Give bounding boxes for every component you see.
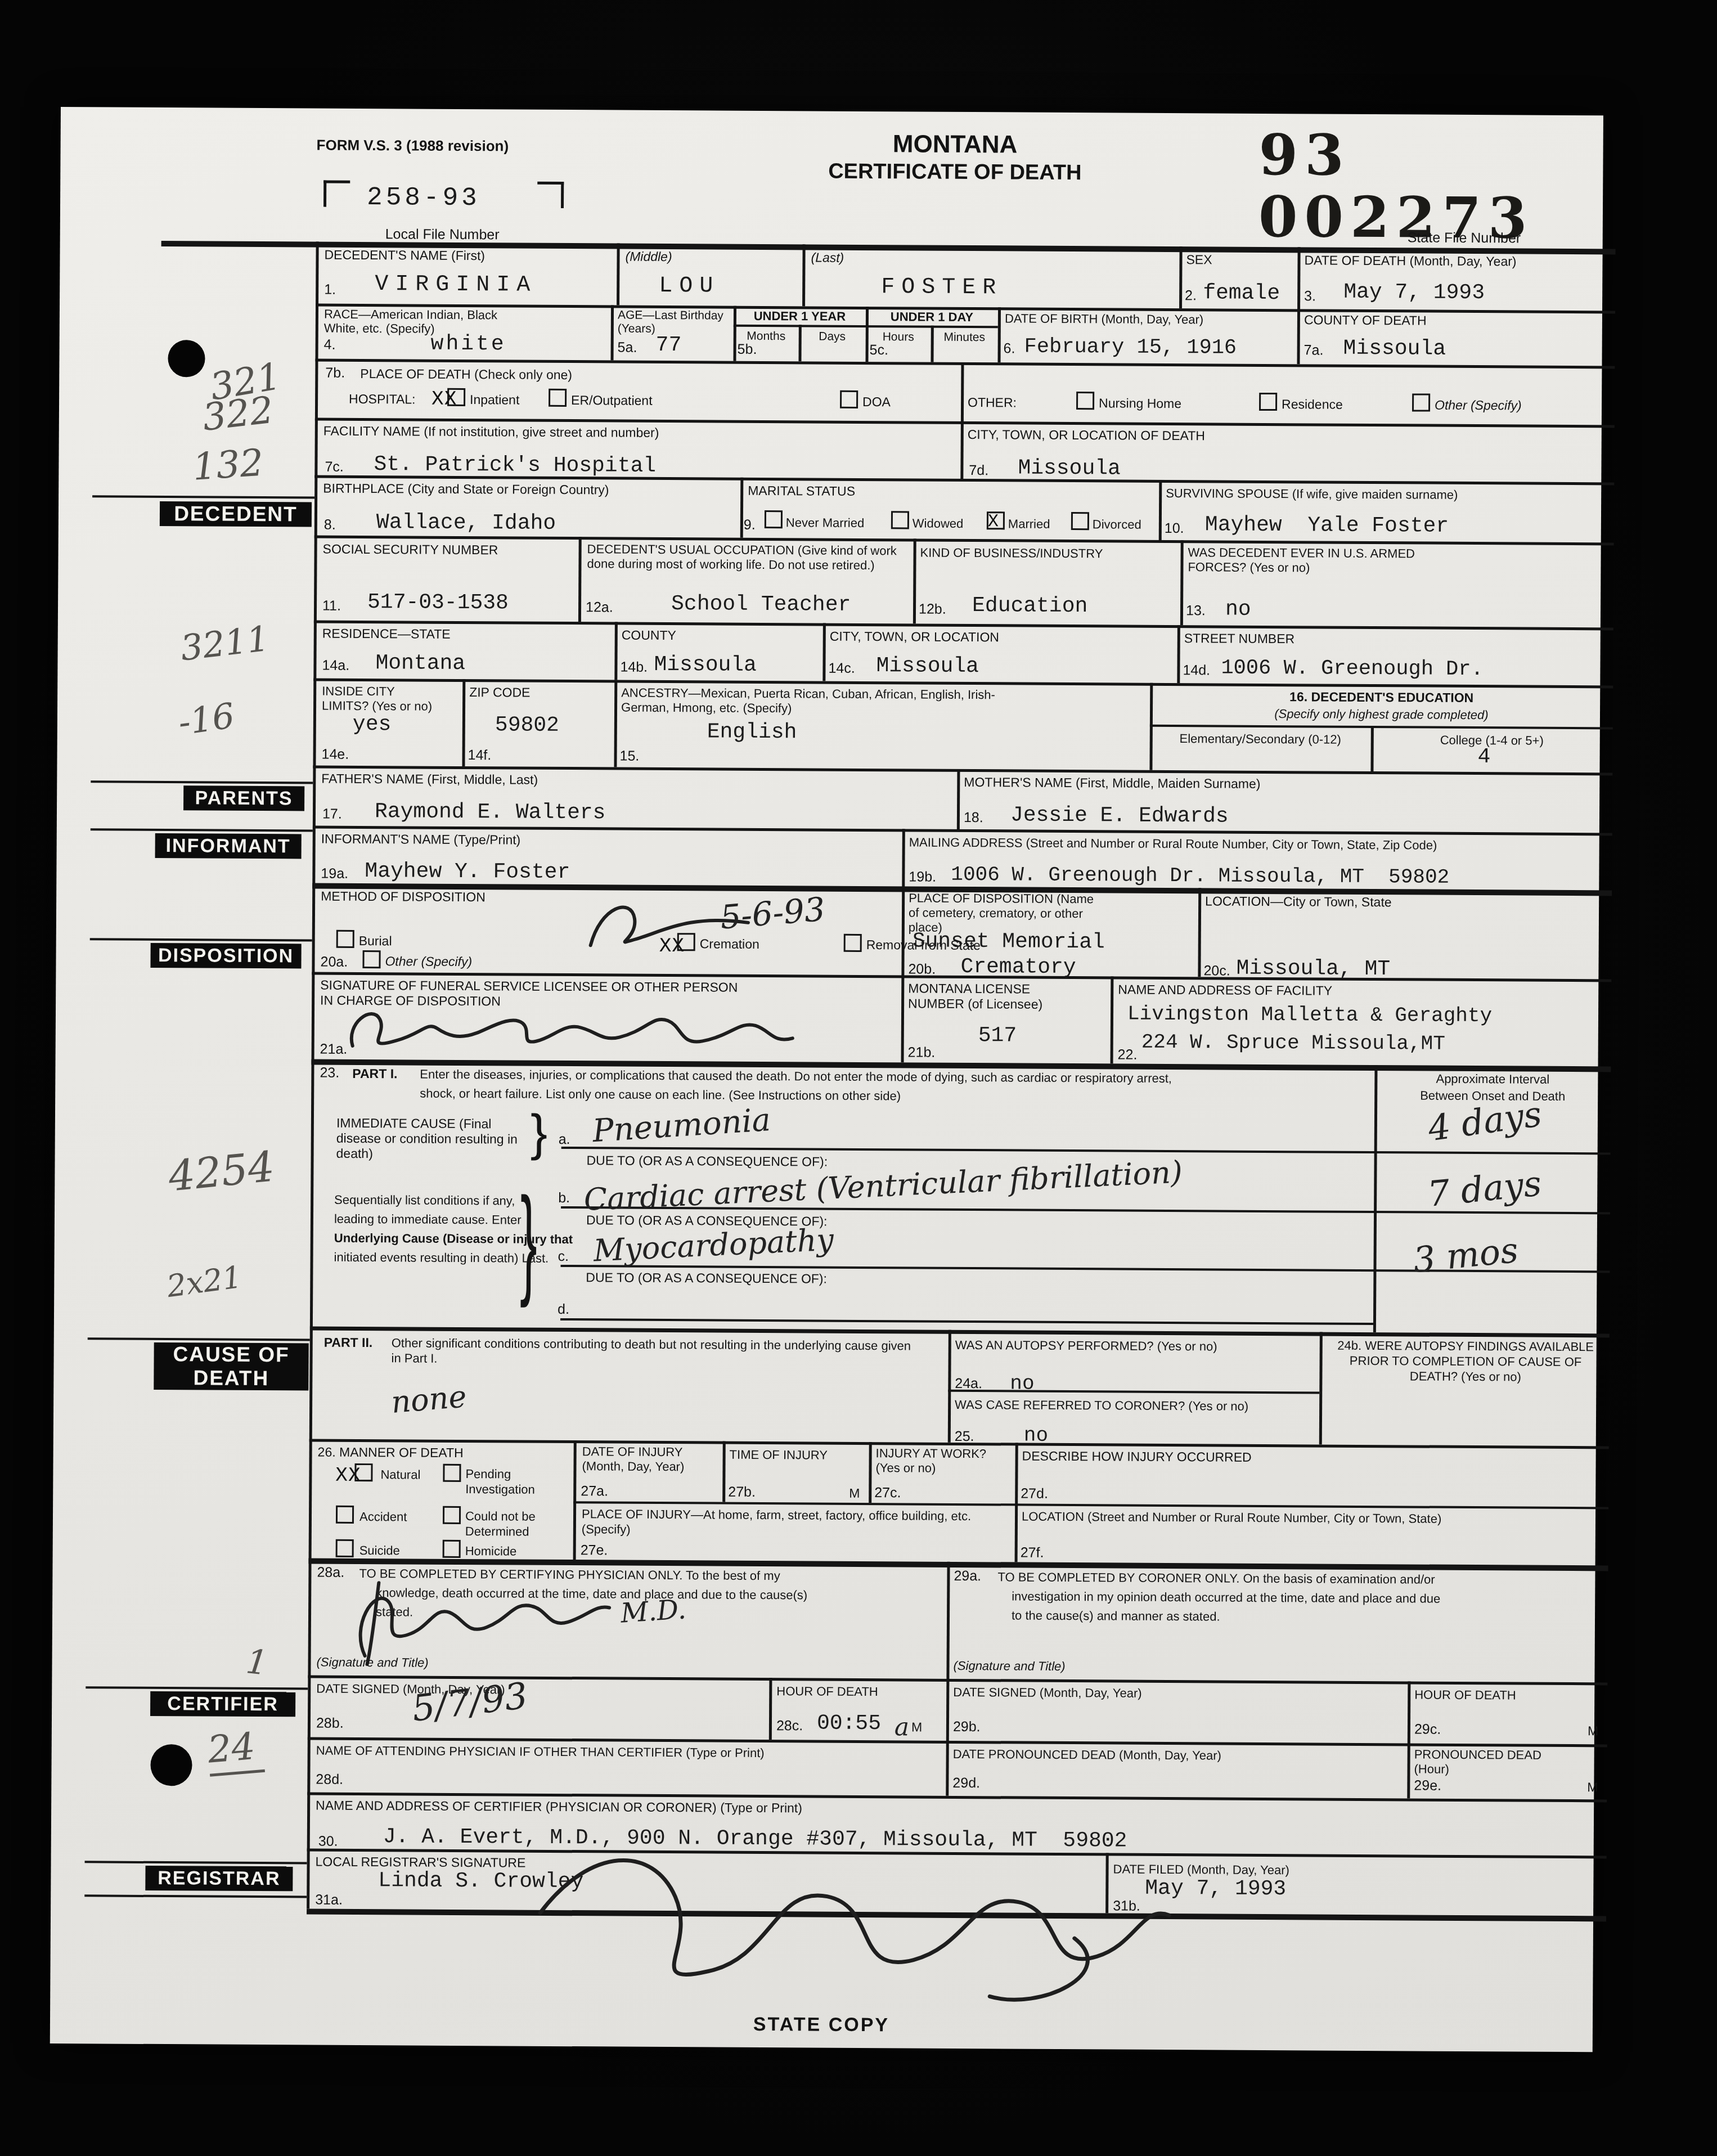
field-label-mailing-address: MAILING ADDRESS (Street and Number or Ru…	[909, 834, 1437, 852]
other-group-label: OTHER:	[968, 395, 1017, 410]
occupation-value: School Teacher	[671, 593, 851, 617]
part2-label: Other significant conditions contributin…	[392, 1335, 920, 1368]
divider-line	[85, 1861, 307, 1864]
hour-ampm-handwritten: a	[895, 1713, 910, 1741]
field-label-mother-name: MOTHER'S NAME (First, Middle, Maiden Sur…	[964, 775, 1260, 792]
place-of-injury-label: PLACE OF INJURY—At home, farm, street, f…	[582, 1506, 976, 1539]
section-label-decedent: DECEDENT	[160, 501, 312, 527]
date-pronounced-dead-label: DATE PRONOUNCED DEAD (Month, Day, Year)	[953, 1746, 1221, 1763]
field-label-montana-license: MONTANA LICENSE NUMBER (of Licensee)	[908, 981, 1066, 1012]
field-num: 25.	[955, 1430, 974, 1444]
days-header: Days	[799, 329, 866, 344]
section-label-parents: PARENTS	[183, 785, 304, 811]
disposition-location-value: Missoula, MT	[1236, 958, 1390, 981]
disposition-handwritten-date: 5-6-93	[719, 890, 827, 937]
facility-address-line1: Livingston Malletta & Geraghty	[1127, 1003, 1492, 1028]
coroner-statement-line3: to the cause(s) and manner as stated.	[1012, 1607, 1220, 1624]
race-value: white	[431, 333, 506, 356]
field-label-informant-name: INFORMANT'S NAME (Type/Print)	[321, 832, 521, 848]
could-not-be-determined-checkbox	[443, 1506, 461, 1524]
local-file-label: Local File Number	[385, 227, 500, 242]
state-copy-footer: STATE COPY	[50, 2013, 1593, 2037]
interval-header-line1: Approximate Interval	[1380, 1071, 1605, 1087]
cause-line-d-letter: d.	[558, 1302, 569, 1317]
burial-checkbox	[336, 930, 354, 948]
field-label-zip: ZIP CODE	[469, 685, 530, 700]
field-num: 19a.	[321, 867, 348, 881]
autopsy-value: no	[1010, 1372, 1034, 1395]
cause-line-a-letter: a.	[559, 1133, 570, 1147]
margin-note: 2x21	[165, 1259, 244, 1304]
divider-line	[610, 305, 614, 360]
field-label-residence-city: CITY, TOWN, OR LOCATION	[830, 629, 999, 645]
field-label-marital-status: MARITAL STATUS	[748, 483, 855, 499]
divider-line	[1179, 246, 1183, 308]
immediate-cause-label: IMMEDIATE CAUSE (Final disease or condit…	[336, 1116, 522, 1162]
field-num: 15.	[620, 749, 640, 763]
field-num: 9.	[744, 518, 756, 532]
surviving-spouse-value: Mayhew Yale Foster	[1205, 514, 1449, 537]
attending-physician-label: NAME OF ATTENDING PHYSICIAN IF OTHER THA…	[316, 1743, 765, 1760]
field-label-ancestry: ANCESTRY—Mexican, Puerta Rican, Cuban, A…	[621, 686, 1037, 717]
field-num: 29a.	[954, 1569, 981, 1583]
coroner-statement-line2: investigation in my opinion death occurr…	[1012, 1588, 1440, 1606]
autopsy-label: WAS AN AUTOPSY PERFORMED? (Yes or no)	[955, 1337, 1217, 1354]
divider-line	[573, 1440, 577, 1560]
widowed-label: Widowed	[913, 515, 964, 531]
divider-line	[90, 938, 312, 941]
section-label-informant: INFORMANT	[155, 833, 302, 859]
brace-bc: }	[520, 1173, 537, 1312]
homicide-checkbox	[443, 1540, 461, 1558]
field-num: 14e.	[322, 748, 349, 762]
natural-label: Natural	[380, 1467, 420, 1482]
hour-m-suffix: M	[911, 1719, 922, 1735]
pending-label: Pending Investigation	[465, 1466, 558, 1497]
could-not-be-determined-label: Could not be Determined	[465, 1508, 564, 1539]
father-name-value: Raymond E. Walters	[375, 801, 606, 824]
field-num: 12a.	[586, 600, 613, 614]
section-label-certifier: CERTIFIER	[150, 1691, 295, 1717]
pending-checkbox	[443, 1464, 461, 1482]
sequential-label-line1: Sequentially list conditions if any,	[334, 1192, 515, 1209]
punch-hole	[168, 340, 205, 377]
county-of-death-value: Missoula	[1343, 338, 1446, 361]
hour-m-suffix: M	[1588, 1723, 1598, 1739]
field-num: 14c.	[828, 662, 855, 676]
city-of-death-value: Missoula	[1018, 457, 1121, 480]
er-outpatient-checkbox	[549, 389, 567, 407]
field-num: 29e.	[1414, 1778, 1441, 1793]
field-label-ssn: SOCIAL SECURITY NUMBER	[323, 542, 498, 558]
field-num: 4.	[324, 338, 336, 352]
field-num: 12b.	[919, 603, 946, 617]
mailing-address-value: 1006 W. Greenough Dr. Missoula, MT 59802	[951, 864, 1449, 889]
crop-mark-right	[537, 182, 564, 208]
divider-line	[997, 307, 1001, 362]
place-of-disposition-line2: Crematory	[960, 956, 1076, 979]
inside-city-limits-value: yes	[353, 713, 392, 736]
informant-name-value: Mayhew Y. Foster	[365, 860, 570, 884]
burial-label: Burial	[359, 933, 392, 949]
manner-of-death-label: 26. MANNER OF DEATH	[318, 1445, 464, 1461]
field-label-street-number: STREET NUMBER	[1184, 631, 1295, 646]
field-num: 29c.	[1414, 1722, 1441, 1736]
divider-line	[1015, 1443, 1018, 1562]
part1-instructions-line1: Enter the diseases, injuries, or complic…	[420, 1067, 1172, 1086]
cause-line-1: CAUSE OF	[173, 1342, 289, 1366]
divider-line	[1407, 1681, 1410, 1798]
er-outpatient-label: ER/Outpatient	[571, 393, 653, 408]
scanned-photo: FORM V.S. 3 (1988 revision) MONTANA CERT…	[0, 0, 1717, 2156]
title-certificate: CERTIFICATE OF DEATH	[730, 164, 1180, 181]
facility-address-line2: 224 W. Spruce Missoula,MT	[1141, 1031, 1445, 1055]
other-disposition-label: Other (Specify)	[385, 954, 472, 969]
divider-line	[1198, 888, 1201, 977]
education-subheader: (Specify only highest grade completed)	[1150, 706, 1613, 724]
never-married-label: Never Married	[786, 515, 865, 531]
divider-line	[960, 362, 964, 479]
ancestry-value: English	[707, 721, 797, 744]
divorced-label: Divorced	[1093, 516, 1141, 532]
section-label-disposition: DISPOSITION	[150, 943, 301, 968]
field-num: 28c.	[776, 1719, 803, 1733]
divider-line	[578, 537, 582, 622]
facility-name-value: St. Patrick's Hospital	[374, 453, 656, 478]
form-id: FORM V.S. 3 (1988 revision)	[317, 138, 509, 154]
field-num: 5c.	[870, 343, 888, 357]
coroner-date-signed-label: DATE SIGNED (Month, Day, Year)	[953, 1685, 1142, 1701]
divider-line	[722, 1441, 726, 1502]
divider-line	[84, 1894, 307, 1898]
divider-line	[948, 1390, 1319, 1394]
field-num: 7b.	[325, 366, 345, 380]
suicide-checkbox	[336, 1539, 354, 1557]
married-label: Married	[1008, 516, 1050, 531]
divider-line	[91, 828, 313, 832]
doa-label: DOA	[862, 394, 891, 410]
field-num: 19b.	[909, 870, 936, 884]
date-of-birth-value: February 15, 1916	[1024, 336, 1237, 360]
hospital-group-label: HOSPITAL:	[349, 392, 416, 407]
brace-a: }	[531, 1104, 548, 1162]
signature-title-caption: (Signature and Title)	[953, 1658, 1065, 1674]
field-label-residence-state: RESIDENCE—STATE	[322, 626, 451, 642]
field-num: 29d.	[952, 1776, 980, 1790]
homicide-label: Homicide	[465, 1543, 517, 1559]
field-label-last: (Last)	[811, 250, 844, 265]
field-num: 14d.	[1183, 663, 1210, 677]
armed-forces-value: no	[1225, 599, 1251, 621]
divider-line	[913, 538, 916, 623]
injury-at-work-label: INJURY AT WORK? (Yes or no)	[875, 1446, 1008, 1476]
cause-line-2: DEATH	[193, 1366, 269, 1390]
part1-title: PART I.	[352, 1066, 397, 1081]
field-label-date-of-death: DATE OF DEATH (Month, Day, Year)	[1304, 253, 1516, 269]
sequential-label-line4: initiated events resulting in death) Las…	[334, 1250, 549, 1266]
field-label-occupation: DECEDENT'S USUAL OCCUPATION (Give kind o…	[587, 542, 905, 573]
nursing-home-checkbox	[1076, 392, 1094, 410]
education-elementary-label: Elementary/Secondary (0-12)	[1150, 731, 1371, 747]
age-value: 77	[656, 334, 682, 357]
minutes-header: Minutes	[931, 330, 998, 345]
field-num: 6.	[1004, 342, 1015, 356]
hour-of-death-label: HOUR OF DEATH	[776, 1683, 878, 1699]
education-header: 16. DECEDENT'S EDUCATION	[1150, 689, 1613, 707]
decedent-first-name: VIRGINIA	[375, 273, 537, 297]
margin-note: 132	[191, 441, 265, 489]
field-label-industry: KIND OF BUSINESS/INDUSTRY	[920, 545, 1103, 562]
field-label-decedent-name: DECEDENT'S NAME (First)	[324, 248, 485, 264]
field-label-middle: (Middle)	[625, 249, 672, 264]
natural-checkbox	[354, 1463, 372, 1481]
field-num: 7c.	[325, 460, 343, 474]
divider-line	[948, 1330, 951, 1443]
sex-value: female	[1203, 282, 1280, 305]
field-num: 27d.	[1021, 1487, 1048, 1501]
married-x-mark: X	[988, 511, 999, 532]
coroner-referred-label: WAS CASE REFERRED TO CORONER? (Yes or no…	[955, 1397, 1248, 1414]
other-specify-label: Other (Specify)	[1435, 398, 1522, 414]
field-num: 3.	[1304, 289, 1316, 303]
cause-line-b-letter: b.	[558, 1191, 570, 1205]
divider-line	[614, 622, 618, 680]
certifier-name-address-label: NAME AND ADDRESS OF CERTIFIER (PHYSICIAN…	[316, 1798, 802, 1816]
accident-checkbox	[336, 1506, 354, 1524]
doa-checkbox	[840, 390, 858, 408]
field-num: 30.	[318, 1835, 338, 1849]
nursing-home-label: Nursing Home	[1099, 396, 1181, 411]
interval-b-handwritten: 7 days	[1426, 1162, 1543, 1215]
field-num: 11.	[322, 599, 341, 613]
divider-line	[314, 621, 1613, 631]
due-to-label-1: DUE TO (OR AS A CONSEQUENCE OF):	[586, 1153, 828, 1169]
industry-value: Education	[972, 595, 1087, 618]
decedent-middle-name: LOU	[659, 275, 720, 298]
field-num: 18.	[964, 811, 983, 825]
divider-line	[1180, 540, 1184, 625]
field-num: 7d.	[969, 464, 988, 478]
field-label-inside-city-limits: INSIDE CITY LIMITS? (Yes or no)	[322, 684, 434, 714]
divider-line	[769, 1678, 772, 1740]
field-num: 27c.	[874, 1486, 901, 1500]
under-1-day-header: UNDER 1 DAY	[866, 309, 998, 325]
other-specify-checkbox	[1412, 393, 1430, 411]
cause-a-handwritten: Pneumonia	[591, 1102, 772, 1149]
field-num: 28d.	[316, 1773, 343, 1787]
field-num: 10.	[1165, 522, 1184, 536]
margin-note: 322	[200, 388, 276, 439]
field-label-birthplace: BIRTHPLACE (City and State or Foreign Co…	[323, 481, 609, 498]
field-num: 20b.	[908, 962, 936, 976]
title-montana: MONTANA	[730, 136, 1180, 153]
field-num: 27e.	[581, 1543, 608, 1557]
residence-state-value: Montana	[375, 652, 465, 675]
field-num: 7a.	[1304, 343, 1324, 357]
margin-note: 24	[206, 1724, 265, 1777]
coroner-hour-of-death-label: HOUR OF DEATH	[1414, 1687, 1516, 1703]
field-label-facility-name: FACILITY NAME (If not institution, give …	[323, 424, 659, 441]
decedent-last-name: FOSTER	[881, 276, 1003, 299]
field-num: 27b.	[728, 1485, 756, 1499]
divider-line	[1150, 725, 1613, 730]
field-num: 27a.	[581, 1484, 608, 1498]
zip-value: 59802	[495, 714, 559, 737]
date-of-death-value: May 7, 1993	[1343, 281, 1485, 304]
field-num: 1.	[324, 283, 336, 297]
field-label-date-of-birth: DATE OF BIRTH (Month, Day, Year)	[1005, 311, 1203, 327]
field-label-disposition-location: LOCATION—City or Town, State	[1205, 893, 1392, 910]
divider-line	[1111, 976, 1114, 1063]
residence-county-value: Missoula	[654, 654, 757, 677]
divider-line	[91, 780, 313, 784]
injury-location-label: LOCATION (Street and Number or Rural Rou…	[1022, 1509, 1441, 1526]
field-num: 29b.	[953, 1720, 981, 1734]
divider-line	[1297, 247, 1300, 364]
autopsy-findings-label: 24b. WERE AUTOPSY FINDINGS AVAILABLE PRI…	[1326, 1338, 1604, 1385]
divider-line	[1159, 480, 1162, 540]
inpatient-label: Inpatient	[470, 392, 519, 407]
signature-title-caption: (Signature and Title)	[316, 1655, 428, 1670]
field-num: 20c.	[1203, 964, 1230, 978]
field-label-sex: SEX	[1186, 252, 1212, 267]
accident-label: Accident	[359, 1509, 407, 1524]
field-label-city-of-death: CITY, TOWN, OR LOCATION OF DEATH	[968, 427, 1205, 443]
divider-line	[957, 769, 960, 829]
field-num: 28b.	[316, 1717, 344, 1731]
cause-line-c-letter: c.	[558, 1250, 569, 1264]
death-certificate-page: FORM V.S. 3 (1988 revision) MONTANA CERT…	[50, 107, 1603, 2052]
field-num: 24a.	[955, 1377, 982, 1391]
field-num: 23.	[320, 1066, 339, 1080]
time-of-injury-label: TIME OF INJURY	[730, 1447, 828, 1463]
registrar-signature	[523, 1823, 1176, 2018]
time-of-injury-m: M	[849, 1486, 860, 1501]
divider-line	[1373, 1065, 1378, 1332]
hour-of-death-value: 00:55	[817, 1713, 881, 1736]
field-num: 14f.	[468, 748, 492, 762]
divider-line	[617, 244, 620, 306]
section-label-registrar: REGISTRAR	[145, 1866, 293, 1891]
inpatient-checkbox	[447, 388, 465, 406]
field-num: 14a.	[322, 659, 349, 673]
divider-line	[822, 623, 826, 681]
field-num: 27f.	[1021, 1546, 1044, 1560]
other-disposition-checkbox	[362, 950, 380, 968]
never-married-checkbox	[765, 510, 783, 528]
registrar-signature-label: LOCAL REGISTRAR'S SIGNATURE	[316, 1854, 526, 1871]
divider-line	[88, 1337, 310, 1341]
field-num: 5b.	[738, 343, 757, 357]
education-value: 4	[1477, 746, 1490, 769]
suicide-label: Suicide	[359, 1543, 400, 1558]
field-num: 8.	[324, 518, 336, 532]
removal-checkbox	[844, 934, 862, 952]
divider-line	[1177, 625, 1180, 683]
date-of-injury-label: DATE OF INJURY (Month, Day, Year)	[582, 1444, 717, 1474]
birthplace-value: Wallace, Idaho	[376, 511, 556, 535]
due-to-label-3: DUE TO (OR AS A CONSEQUENCE OF):	[586, 1270, 827, 1286]
part2-handwritten-none: none	[390, 1378, 468, 1420]
field-label-armed-forces: WAS DECEDENT EVER IN U.S. ARMED FORCES? …	[1188, 545, 1430, 576]
field-label-county-of-death: COUNTY OF DEATH	[1304, 312, 1427, 328]
margin-note: -16	[176, 695, 237, 743]
hour-m-suffix: M	[1587, 1780, 1598, 1795]
margin-note: 4254	[167, 1143, 277, 1201]
state-file-label: State File Number	[1408, 230, 1521, 246]
field-num: 31a.	[315, 1893, 343, 1907]
signature-md-suffix: M.D.	[619, 1593, 687, 1629]
field-label-place-of-death: PLACE OF DEATH (Check only one)	[360, 366, 572, 383]
widowed-checkbox	[891, 511, 909, 529]
divider-line	[86, 1686, 308, 1690]
divider-line	[802, 244, 806, 306]
coroner-referred-value: no	[1024, 1425, 1048, 1447]
divider-line	[740, 478, 744, 538]
street-number-value: 1006 W. Greenough Dr.	[1221, 657, 1483, 681]
interval-c-handwritten: 3 mos	[1411, 1229, 1520, 1281]
ssn-value: 517-03-1538	[367, 591, 509, 614]
field-label-residence-county: COUNTY	[622, 628, 676, 644]
divider-line	[92, 495, 314, 498]
cause-c-handwritten: Myocardopathy	[592, 1222, 834, 1269]
divider-line	[1319, 1332, 1323, 1445]
margin-note: 1	[244, 1642, 270, 1683]
field-label-surviving-spouse: SURVIVING SPOUSE (If wife, give maiden s…	[1166, 486, 1458, 502]
part1-instructions-line2: shock, or heart failure. List only one c…	[420, 1086, 901, 1104]
divider-line	[869, 1442, 872, 1503]
residence-city-value: Missoula	[876, 655, 979, 678]
local-file-number: 258-93	[367, 186, 480, 209]
field-num: 22.	[1118, 1048, 1138, 1062]
field-num: 13.	[1186, 604, 1206, 618]
field-num: 5a.	[618, 341, 637, 355]
mother-name-value: Jessie E. Edwards	[1010, 804, 1229, 828]
cause-line-d-rule	[560, 1318, 1373, 1325]
field-label-age: AGE—Last Birthday (Years)	[618, 309, 730, 336]
pronounced-dead-hour-label: PRONOUNCED DEAD (Hour)	[1414, 1747, 1577, 1777]
field-label-method-of-disposition: METHOD OF DISPOSITION	[321, 889, 486, 905]
residence-checkbox	[1259, 393, 1277, 411]
part2-title: PART II.	[324, 1335, 373, 1350]
divider-line	[462, 679, 465, 766]
coroner-statement-line1: TO BE COMPLETED BY CORONER ONLY. On the …	[997, 1569, 1435, 1587]
margin-note: 3211	[178, 618, 271, 669]
field-num: 17.	[322, 807, 342, 821]
montana-license-value: 517	[978, 1025, 1017, 1047]
divider-line	[614, 680, 617, 767]
place-of-disposition-line1: Sunset Memorial	[913, 930, 1105, 954]
residence-label: Residence	[1282, 397, 1343, 412]
under-1-year-header: UNDER 1 YEAR	[734, 308, 866, 324]
field-num: 20a.	[320, 955, 348, 969]
field-num: 28a.	[317, 1566, 344, 1580]
field-num: 21b.	[908, 1045, 936, 1059]
describe-injury-label: DESCRIBE HOW INJURY OCCURRED	[1022, 1449, 1252, 1465]
divorced-checkbox	[1071, 512, 1089, 530]
section-label-cause-of-death: CAUSE OF DEATH	[154, 1342, 308, 1391]
field-num: 2.	[1185, 289, 1197, 303]
punch-hole	[150, 1744, 192, 1786]
field-label-facility-address: NAME AND ADDRESS OF FACILITY	[1118, 982, 1332, 999]
sequential-label-line2: leading to immediate cause. Enter	[334, 1211, 522, 1228]
field-label-father-name: FATHER'S NAME (First, Middle, Last)	[321, 771, 538, 788]
funeral-licensee-signature	[343, 996, 816, 1061]
education-college-label: College (1-4 or 5+)	[1371, 732, 1613, 748]
crop-mark-left	[323, 181, 350, 207]
field-num: 14b.	[620, 661, 648, 675]
